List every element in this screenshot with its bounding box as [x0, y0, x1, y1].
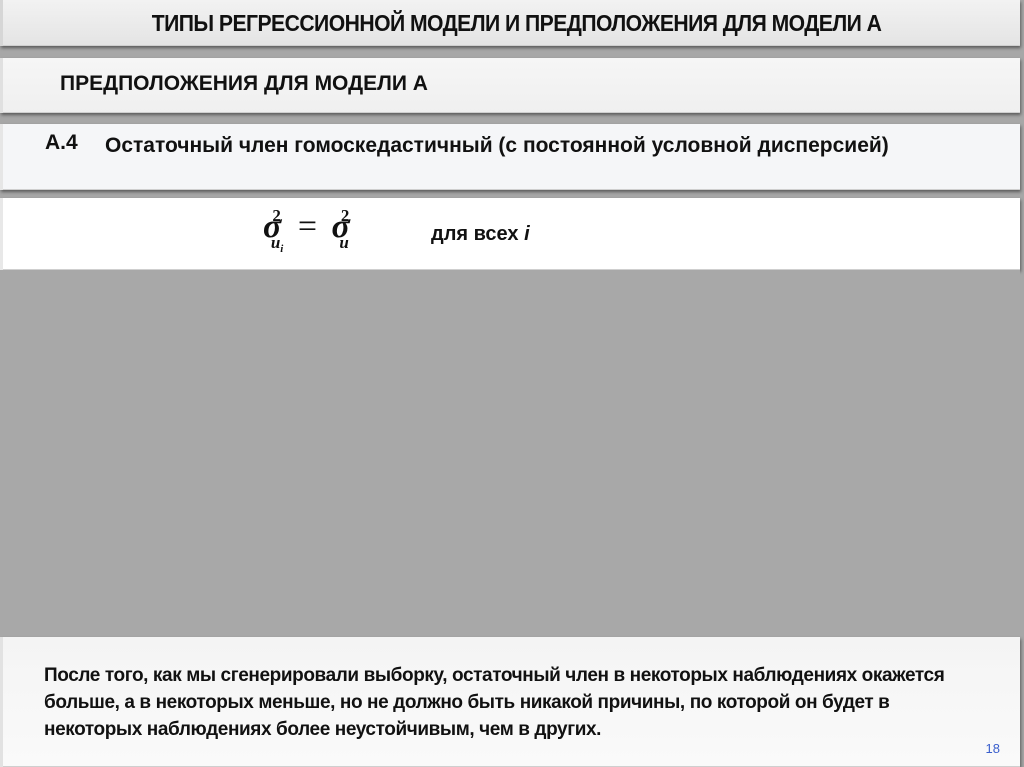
empty-content-area — [0, 270, 1020, 637]
formula-lhs-sup: 2 — [272, 206, 281, 225]
assumption-code: A.4 — [45, 131, 78, 155]
assumption-block: A.4 Остаточный член гомоскедастичный (с … — [0, 124, 1020, 190]
formula-label-prefix: для всех — [431, 223, 524, 245]
slide-subtitle: ПРЕДПОЛОЖЕНИЯ ДЛЯ МОДЕЛИ А — [60, 72, 428, 96]
formula-label: для всех i — [431, 223, 530, 246]
formula-equals: = — [298, 208, 317, 245]
slide-title: ТИПЫ РЕГРЕССИОННОЙ МОДЕЛИ И ПРЕДПОЛОЖЕНИ… — [152, 10, 882, 37]
explanation-block: После того, как мы сгенерировали выборку… — [0, 637, 1020, 767]
slide-subtitle-bar: ПРЕДПОЛОЖЕНИЯ ДЛЯ МОДЕЛИ А — [0, 58, 1020, 113]
assumption-text: Остаточный член гомоскедастичный (с пост… — [105, 131, 925, 160]
formula-rhs-sup: 2 — [341, 206, 350, 225]
formula-block: σ2ui = σ2u для всех i — [0, 198, 1020, 270]
slide-title-bar: ТИПЫ РЕГРЕССИОННОЙ МОДЕЛИ И ПРЕДПОЛОЖЕНИ… — [0, 0, 1020, 46]
homoscedasticity-formula: σ2ui = σ2u — [263, 208, 349, 246]
formula-lhs-subsub: i — [280, 243, 283, 255]
formula-label-var: i — [524, 223, 530, 245]
formula-rhs-sub: u — [339, 233, 348, 252]
explanation-text: После того, как мы сгенерировали выборку… — [44, 662, 984, 743]
formula-lhs-sub-u: u — [271, 233, 280, 252]
page-number: 18 — [986, 741, 1000, 756]
formula-lhs-sub: ui — [271, 233, 284, 252]
